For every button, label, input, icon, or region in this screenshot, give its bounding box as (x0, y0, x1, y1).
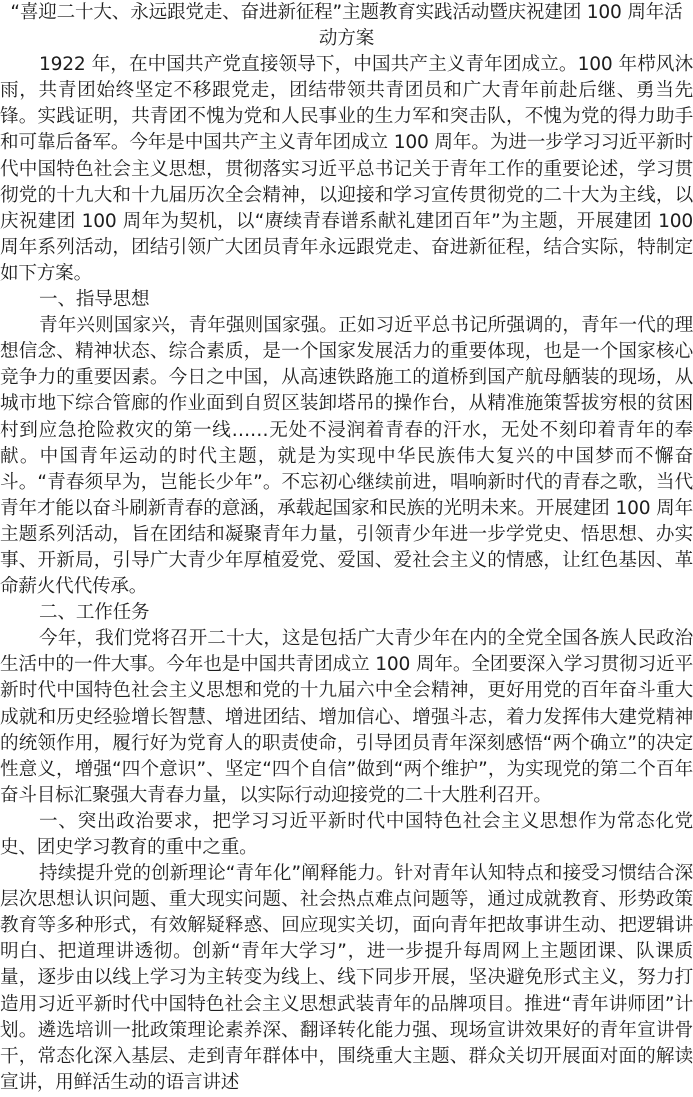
political-requirement-paragraph: 一、突出政治要求，把学习习近平新时代中国特色社会主义思想作为常态化党史、团史学习… (0, 809, 693, 861)
section-heading-work-tasks: 二、工作任务 (0, 600, 693, 626)
theory-interpretation-paragraph: 持续提升党的创新理论“青年化”阐释能力。针对青年认知特点和接受习惯结合深层次思想… (0, 861, 693, 1096)
guiding-ideology-paragraph: 青年兴则国家兴，青年强则国家强。正如习近平总书记所强调的，青年一代的理想信念、精… (0, 313, 693, 600)
intro-paragraph: 1922 年，在中国共产党直接领导下，中国共产主义青年团成立。100 年栉风沐雨… (0, 52, 693, 287)
section-heading-guiding-ideology: 一、指导思想 (0, 287, 693, 313)
work-tasks-paragraph: 今年，我们党将召开二十大，这是包括广大青少年在内的全党全国各族人民政治生活中的一… (0, 626, 693, 809)
document-title: “喜迎二十大、永远跟党走、奋进新征程”主题教育实践活动暨庆祝建团 100 周年活… (0, 0, 693, 52)
document: “喜迎二十大、永远跟党走、奋进新征程”主题教育实践活动暨庆祝建团 100 周年活… (0, 0, 693, 1096)
